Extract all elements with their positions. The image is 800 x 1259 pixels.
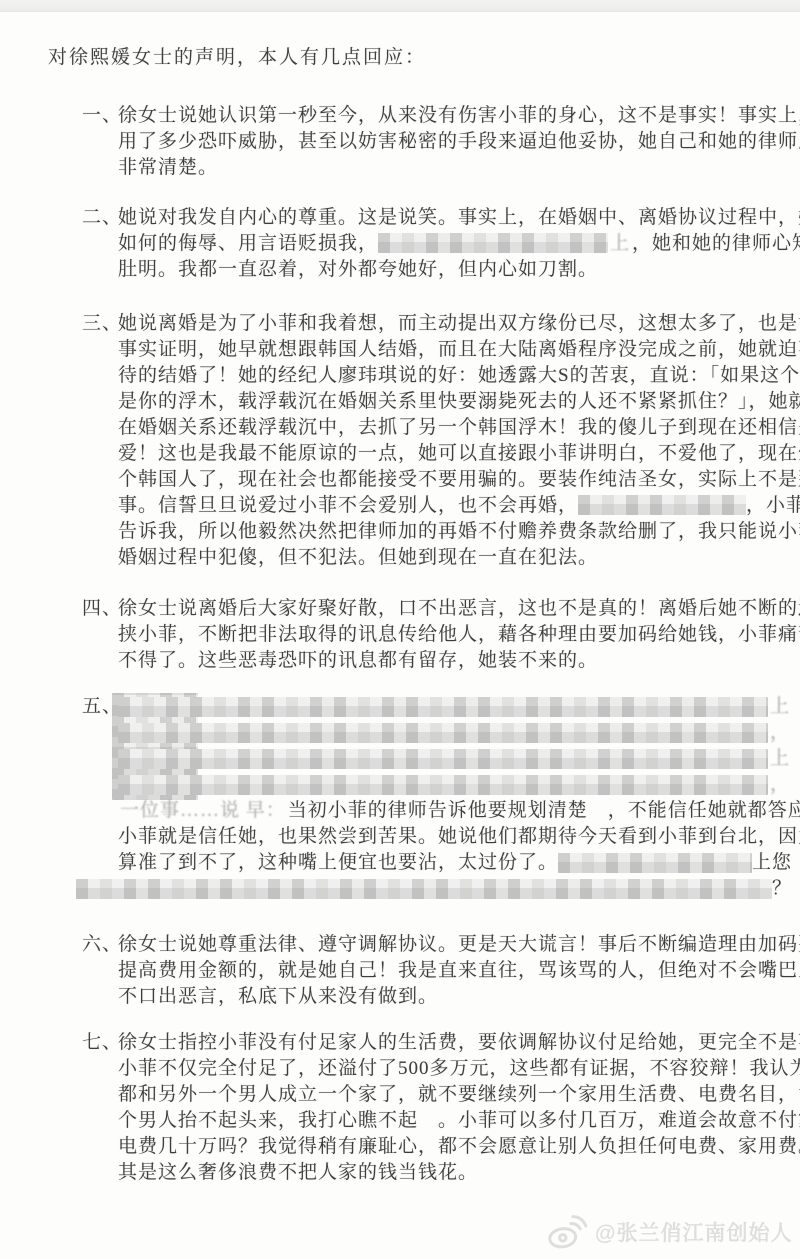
statement-text: ，她和她的律师心知 [632,233,800,254]
statement-text: 算准了到不了，这种嘴上便宜也要沾，太过份了。 [118,850,558,876]
statement-line: ， [118,720,792,746]
statement-line: 其是这么奢侈浪费不把人家的钱当钱花。 [118,1160,792,1186]
statement-line: 她说对我发自内心的尊重。这是说笑。事实上，在婚姻中、离婚协议过程中，她是 [118,205,792,231]
statement-text: 她说离婚是为了小菲和我着想，而主动提出双方缘份已尽，这想太多了，也是谎话！ [118,313,800,334]
censor-fragment: ， [768,772,792,798]
section-body: 徐女士说离婚后大家好聚好散，口不出恶言，这也不是真的！离婚后她不断的还要挟小菲，… [118,596,792,674]
statement-section: 三、她说离婚是为了小菲和我着想，而主动提出双方缘份已尽，这想太多了，也是谎话！事… [82,311,800,571]
statement-line: 徐女士说她尊重法律、遵守调解协议。更是天大谎言！事后不断编造理由加码要求 [118,932,792,958]
page: 对徐熙媛女士的声明，本人有几点回应： 一、徐女士说她认识第一秒至今，从来没有伤害… [0,0,800,1259]
censored-blur [118,775,768,795]
censored-blur [76,879,772,899]
statement-line: 待的结婚了！她的经纪人廖玮琪说的好：她透露大S的苦衷，直说：「如果这个人 [118,363,792,389]
statement-line: 提高费用金额的，就是她自己！我是直来直往，骂该骂的人，但绝对不会嘴巴上说 [118,958,792,984]
statement-text: 肚明。我都一直忍着，对外都夸她好，但内心如刀割。 [118,259,598,280]
censor-fragment: 一位事……说 早： [118,800,288,821]
statement-text: 不得了。这些恶毒恐吓的讯息都有留存，她装不来的。 [118,650,598,671]
section-body: 她说对我发自内心的尊重。这是说笑。事实上，在婚姻中、离婚协议过程中，她是如何的侮… [118,205,792,283]
censored-blur [578,495,746,515]
censor-fragment: ， [768,720,792,746]
statement-text: 个韩国人了，现在社会也都能接受不要用骗的。要装作纯洁圣女，实际上不是那回 [118,469,800,490]
statement-text: 徐女士说离婚后大家好聚好散，口不出恶言，这也不是真的！离婚后她不断的还要 [118,598,800,619]
statement-line: 如何的侮辱、用言语贬损我，上，她和她的律师心知 [118,231,792,257]
censored-blur [118,697,768,717]
statement-line: 个韩国人了，现在社会也都能接受不要用骗的。要装作纯洁圣女，实际上不是那回 [118,467,792,493]
section-body: 她说离婚是为了小菲和我着想，而主动提出双方缘份已尽，这想太多了，也是谎话！事实证… [118,311,792,571]
statement-text: 她说对我发自内心的尊重。这是说笑。事实上，在婚姻中、离婚协议过程中，她是 [118,207,800,228]
section-body: 徐女士说她尊重法律、遵守调解协议。更是天大谎言！事后不断编造理由加码要求提高费用… [118,932,792,1010]
section-number: 七、 [82,1030,118,1056]
statement-line: 徐女士说离婚后大家好聚好散，口不出恶言，这也不是真的！离婚后她不断的还要 [118,596,792,622]
statement-section: 六、徐女士说她尊重法律、遵守调解协议。更是天大谎言！事后不断编造理由加码要求提高… [82,932,800,1010]
statement-line: 都和另外一个男人成立一个家了，就不要继续列一个家用生活费、电费名目，让这 [118,1082,792,1108]
statement-section: 四、徐女士说离婚后大家好聚好散，口不出恶言，这也不是真的！离婚后她不断的还要挟小… [82,596,800,674]
statement-section: 一、徐女士说她认识第一秒至今，从来没有伤害小菲的身心，这不是事实！事实上，她用了… [82,103,800,181]
section-number: 三、 [82,311,118,337]
statement-document: 对徐熙媛女士的声明，本人有几点回应： 一、徐女士说她认识第一秒至今，从来没有伤害… [0,45,800,1186]
top-strip [0,0,800,12]
section-body: 徐女士说她认识第一秒至今，从来没有伤害小菲的身心，这不是事实！事实上，她用了多少… [118,103,792,181]
statement-section: 五、上，上，一位事……说 早：当初小菲的律师告诉他要规划清楚 ，不能信任她就都答… [82,694,800,902]
statement-text: 提高费用金额的，就是她自己！我是直来直往，骂该骂的人，但绝对不会嘴巴上说 [118,960,800,981]
section-number: 六、 [82,932,118,958]
censored-blur [118,723,768,743]
statement-text: 事。信誓旦旦说爱过小菲不会爱别人，也不会再婚， [118,495,578,516]
censored-blur [378,233,608,253]
statement-line: 告诉我，所以他毅然决然把律师加的再婚不付赡养费条款给删了，我只能说小菲在 [118,519,792,545]
statement-text: 不口出恶言，私底下从来没有做到。 [118,986,438,1007]
statement-text: 婚姻过程中犯傻，但不犯法。但她到现在一直在犯法。 [118,547,598,568]
statement-text: ，小菲回来 [746,495,800,516]
statement-line: 上 [118,694,792,720]
statement-text: 徐女士说她尊重法律、遵守调解协议。更是天大谎言！事后不断编造理由加码要求 [118,934,800,955]
statement-line: 爱！这也是我最不能原谅的一点，她可以直接跟小菲讲明白，不爱他了，现在爱那 [118,441,792,467]
censor-fragment: 上 [768,746,792,772]
statement-text: ？ [772,876,792,902]
statement-text: 待的结婚了！她的经纪人廖玮琪说的好：她透露大S的苦衷，直说：「如果这个人 [118,365,800,386]
statement-line: 不得了。这些恶毒恐吓的讯息都有留存，她装不来的。 [118,648,792,674]
statement-text: 非常清楚。 [118,157,218,178]
statement-text: 小菲就是信任她，也果然尝到苦果。她说他们都期待今天看到小菲到台北，因为她 [118,826,800,847]
statement-text: 爱！这也是我最不能原谅的一点，她可以直接跟小菲讲明白，不爱他了，现在爱那 [118,443,800,464]
statement-line: 算准了到不了，这种嘴上便宜也要沾，太过份了。上您 [118,850,792,876]
section-number: 二、 [82,205,118,231]
statement-line: 她说离婚是为了小菲和我着想，而主动提出双方缘份已尽，这想太多了，也是谎话！ [118,311,792,337]
censor-fragment: 上 [608,233,632,254]
statement-line: 非常清楚。 [118,155,792,181]
statement-text: 当初小菲的律师告诉他要规划清楚 ，不能信任她就都答应， [288,800,800,821]
statement-line: 小菲就是信任她，也果然尝到苦果。她说他们都期待今天看到小菲到台北，因为她 [118,824,792,850]
statement-line: 电费几十万吗？我觉得稍有廉耻心，都不会愿意让别人负担任何电费、家用费。尤 [118,1134,792,1160]
statement-text: 如何的侮辱、用言语贬损我， [118,233,378,254]
statement-line: 在婚姻关系还载浮载沉中，去抓了另一个韩国浮木！我的傻儿子到现在还相信是真 [118,415,792,441]
weibo-icon [546,1214,590,1250]
statement-line: ？ [76,876,792,902]
censored-blur [118,749,768,769]
statement-line: 个男人抬不起头来，我打心瞧不起 。小菲可以多付几百万，难道会故意不付家用 [118,1108,792,1134]
statement-text: 用了多少恐吓威胁，甚至以妨害秘密的手段来逼迫他妥协，她自己和她的律师应该 [118,131,800,152]
section-body: 徐女士指控小菲没有付足家人的生活费，要依调解协议付足给她，更完全不是事实！小菲不… [118,1030,792,1186]
statement-text: 在婚姻关系还载浮载沉中，去抓了另一个韩国浮木！我的傻儿子到现在还相信是真 [118,417,800,438]
statement-text: 其是这么奢侈浪费不把人家的钱当钱花。 [118,1162,478,1183]
statement-line: ， [118,772,792,798]
statement-text: 上您 [752,850,792,876]
watermark-handle: @张兰俏江南创始人 [595,1217,792,1247]
section-body: 上，上，一位事……说 早：当初小菲的律师告诉他要规划清楚 ，不能信任她就都答应，… [118,694,792,902]
statement-text: 都和另外一个男人成立一个家了，就不要继续列一个家用生活费、电费名目，让这 [118,1084,800,1105]
statement-sections: 一、徐女士说她认识第一秒至今，从来没有伤害小菲的身心，这不是事实！事实上，她用了… [0,103,800,1186]
statement-line: 上 [118,746,792,772]
statement-text: 电费几十万吗？我觉得稍有廉耻心，都不会愿意让别人负担任何电费、家用费。尤 [118,1136,800,1157]
statement-text: 是你的浮木，载浮载沉在婚姻关系里快要溺毙死去的人还不紧紧抓住？」，她就是 [118,391,800,412]
statement-line: 一位事……说 早：当初小菲的律师告诉他要规划清楚 ，不能信任她就都答应， [118,798,792,824]
section-number: 一、 [82,103,118,129]
statement-text: 告诉我，所以他毅然决然把律师加的再婚不付赡养费条款给删了，我只能说小菲在 [118,521,800,542]
statement-line: 用了多少恐吓威胁，甚至以妨害秘密的手段来逼迫他妥协，她自己和她的律师应该 [118,129,792,155]
statement-text: 徐女士指控小菲没有付足家人的生活费，要依调解协议付足给她，更完全不是事实！ [118,1032,800,1053]
statement-text: 小菲不仅完全付足了，还溢付了500多万元，这些都有证据，不容狡辩！我认为她 [118,1058,800,1079]
statement-line: 婚姻过程中犯傻，但不犯法。但她到现在一直在犯法。 [118,545,792,571]
statement-line: 肚明。我都一直忍着，对外都夸她好，但内心如刀割。 [118,257,792,283]
statement-line: 徐女士说她认识第一秒至今，从来没有伤害小菲的身心，这不是事实！事实上，她 [118,103,792,129]
statement-line: 挟小菲，不断把非法取得的讯息传给他人，藉各种理由要加码给她钱，小菲痛苦的 [118,622,792,648]
censored-blur [558,853,752,873]
statement-line: 徐女士指控小菲没有付足家人的生活费，要依调解协议付足给她，更完全不是事实！ [118,1030,792,1056]
statement-line: 不口出恶言，私底下从来没有做到。 [118,984,792,1010]
statement-line: 事。信誓旦旦说爱过小菲不会爱别人，也不会再婚，，小菲回来 [118,493,792,519]
statement-line: 事实证明，她早就想跟韩国人结婚，而且在大陆离婚程序没完成之前，她就迫不及 [118,337,792,363]
statement-text: 挟小菲，不断把非法取得的讯息传给他人，藉各种理由要加码给她钱，小菲痛苦的 [118,624,800,645]
section-number: 四、 [82,596,118,622]
statement-line: 是你的浮木，载浮载沉在婚姻关系里快要溺毙死去的人还不紧紧抓住？」，她就是 [118,389,792,415]
statement-header: 对徐熙媛女士的声明，本人有几点回应： [48,45,800,71]
statement-text: 个男人抬不起头来，我打心瞧不起 。小菲可以多付几百万，难道会故意不付家用 [118,1110,800,1131]
statement-section: 二、她说对我发自内心的尊重。这是说笑。事实上，在婚姻中、离婚协议过程中，她是如何… [82,205,800,283]
watermark: @张兰俏江南创始人 [546,1214,792,1250]
statement-text: 徐女士说她认识第一秒至今，从来没有伤害小菲的身心，这不是事实！事实上，她 [118,105,800,126]
statement-text: 事实证明，她早就想跟韩国人结婚，而且在大陆离婚程序没完成之前，她就迫不及 [118,339,800,360]
statement-line: 小菲不仅完全付足了，还溢付了500多万元，这些都有证据，不容狡辩！我认为她 [118,1056,792,1082]
statement-section: 七、徐女士指控小菲没有付足家人的生活费，要依调解协议付足给她，更完全不是事实！小… [82,1030,800,1186]
censor-fragment: 上 [768,694,792,720]
